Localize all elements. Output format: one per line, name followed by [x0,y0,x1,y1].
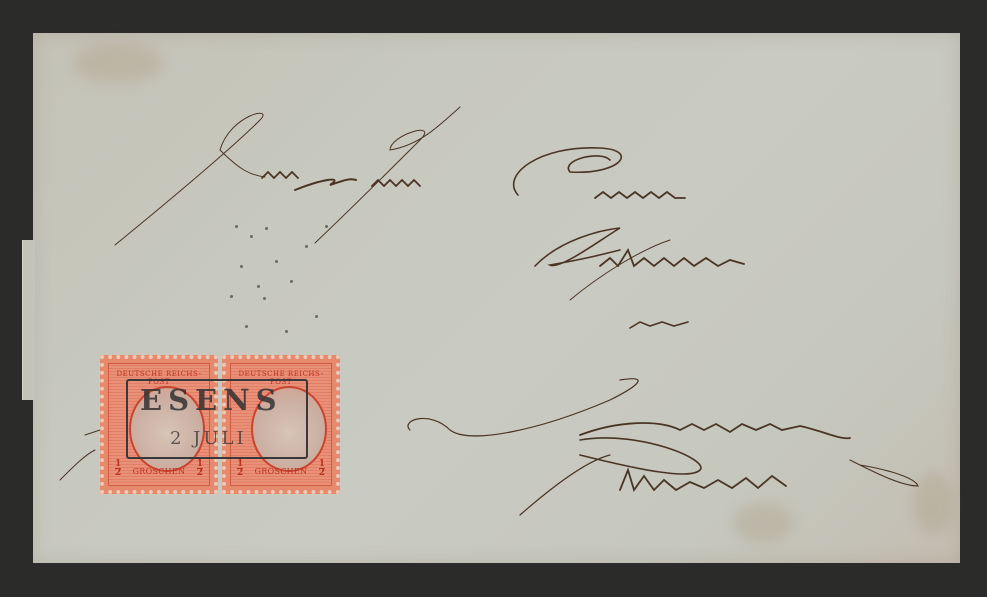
faint-postmark-speckles [215,205,335,345]
cancellation-town: ESENS [140,383,283,417]
fraction-right: 12 [319,460,325,477]
stamp-value-label: GROSCHEN [133,467,186,477]
fraction-left: 12 [237,460,243,477]
fraction-left: 12 [115,460,121,477]
stamp-value-label: GROSCHEN [255,467,308,477]
fraction-right: 12 [197,460,203,477]
envelope-side-flap [22,240,35,400]
cancellation-date: 2 JULI [170,428,247,449]
